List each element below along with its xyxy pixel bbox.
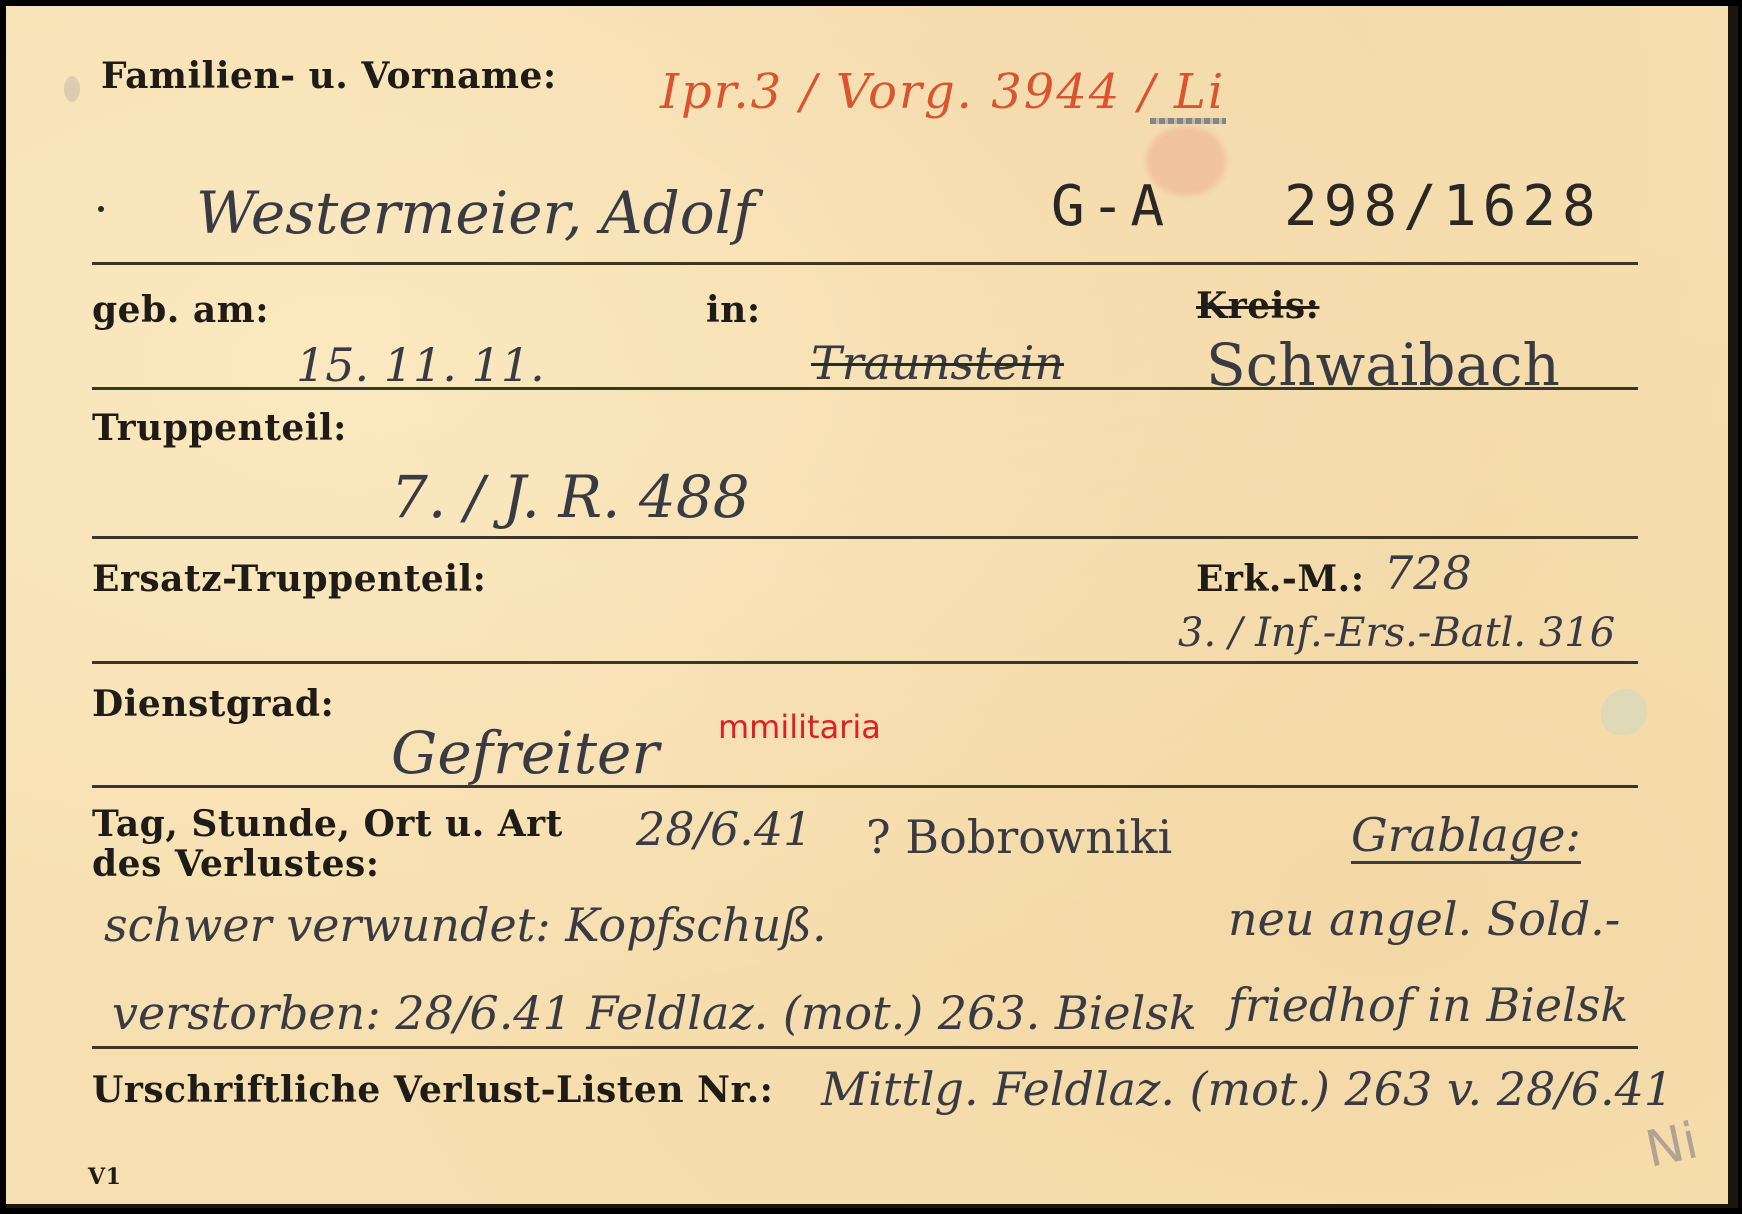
district-value: Schwaibach bbox=[1206, 336, 1560, 394]
loss-death-line: verstorben: 28/6.41 Feldlaz. (mot.) 263.… bbox=[112, 990, 1197, 1036]
id-tag-value: 728 bbox=[1384, 550, 1472, 596]
original-list-label: Urschriftliche Verlust-Listen Nr.: bbox=[92, 1072, 773, 1110]
loss-place: ? Bobrowniki bbox=[866, 814, 1172, 860]
grave-line2: friedhof in Bielsk bbox=[1228, 982, 1628, 1028]
red-pencil-reference: Ipr.3 / Vorg. 3944 / Li bbox=[660, 64, 1225, 120]
form-code: V1 bbox=[88, 1166, 121, 1189]
loss-label-line2: des Verlustes: bbox=[92, 846, 380, 884]
leaf-watermark-icon bbox=[1601, 689, 1647, 735]
birth-place-label: in: bbox=[706, 292, 761, 330]
file-prefix: G-A bbox=[1051, 174, 1170, 239]
district-label: Kreis: bbox=[1196, 288, 1319, 326]
rule-line bbox=[92, 262, 1638, 265]
grave-heading: Grablage: bbox=[1351, 812, 1581, 858]
unit-label: Truppenteil: bbox=[92, 410, 347, 448]
grave-line1: neu angel. Sold.- bbox=[1228, 896, 1620, 942]
rule-line bbox=[92, 785, 1638, 788]
replacement-unit-label: Ersatz-Truppenteil: bbox=[92, 561, 486, 599]
id-tag-label: Erk.-M.: bbox=[1196, 561, 1365, 599]
rank-value: Gefreiter bbox=[391, 724, 659, 782]
name-value: Westermeier, Adolf bbox=[196, 184, 755, 242]
file-number: 298/1628 bbox=[1284, 174, 1602, 239]
rule-line bbox=[92, 387, 1638, 390]
rule-line bbox=[92, 661, 1638, 664]
punch-hole bbox=[64, 76, 80, 102]
casualty-index-card: Ipr.3 / Vorg. 3944 / Li Familien- u. Vor… bbox=[6, 6, 1738, 1208]
loss-label-line1: Tag, Stunde, Ort u. Art bbox=[92, 806, 563, 844]
birth-date-label: geb. am: bbox=[92, 292, 269, 330]
birth-date-value: 15. 11. 11. bbox=[296, 342, 545, 388]
unit-value: 7. / J. R. 488 bbox=[391, 468, 750, 526]
name-label: Familien- u. Vorname: bbox=[101, 58, 557, 96]
loss-wound-line: schwer verwundet: Kopfschuß. bbox=[104, 902, 827, 948]
ink-dot bbox=[98, 206, 104, 212]
loss-date: 28/6.41 bbox=[636, 806, 812, 852]
birth-place-struck-value: Traunstein bbox=[811, 340, 1064, 386]
rank-label: Dienstgrad: bbox=[92, 686, 334, 724]
pencil-initials: Ni bbox=[1641, 1111, 1703, 1178]
rule-line bbox=[92, 1046, 1638, 1049]
original-list-value: Mittlg. Feldlaz. (mot.) 263 v. 28/6.41 bbox=[821, 1066, 1673, 1112]
watermark-text: mmilitaria bbox=[718, 708, 881, 746]
id-tag-unit-line: 3. / Inf.-Ers.-Batl. 316 bbox=[1178, 613, 1615, 653]
rule-line bbox=[92, 536, 1638, 539]
